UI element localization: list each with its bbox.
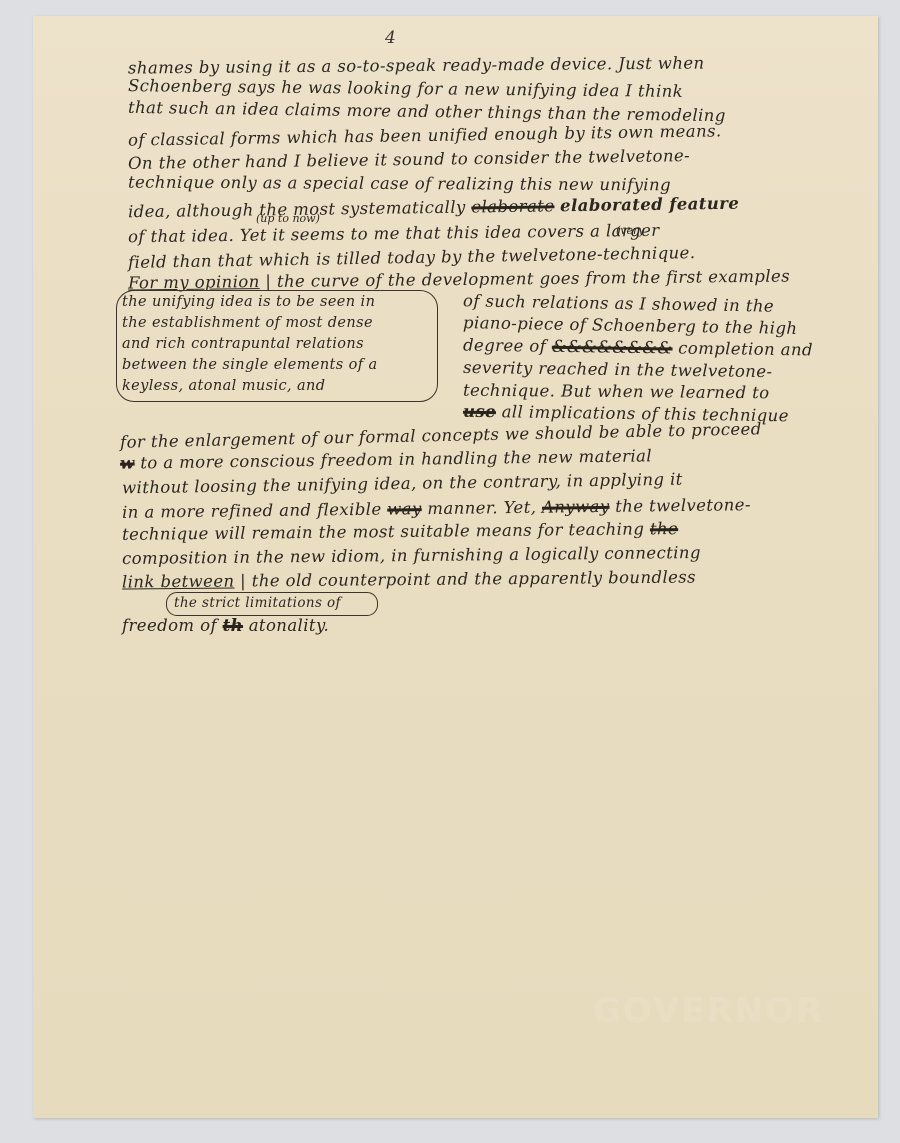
handwritten-text-body: shames by using it as a so-to-speak read… (128, 44, 878, 644)
text-line: link between | the old counterpoint and … (122, 567, 696, 591)
text-line: On the other hand I believe it sound to … (128, 146, 690, 173)
text-line: of classical forms which has been unifie… (128, 121, 722, 149)
struck-word: use (463, 402, 496, 421)
struck-word: w (120, 454, 135, 473)
insertion-up-to-now: (up to now) (256, 212, 320, 225)
faint-watermark: GOVERNOR (593, 991, 824, 1031)
text-line: in a more refined and flexible way manne… (122, 495, 751, 522)
text-line: that such an idea claims more and other … (128, 98, 726, 125)
struck-word: &&&&&&&& (552, 337, 673, 358)
struck-word: elaborate (471, 196, 554, 216)
underlined-phrase: link between (122, 572, 235, 592)
text-line: technique only as a special case of real… (128, 173, 671, 195)
struck-word: the (650, 519, 678, 538)
struck-word: Anyway (542, 497, 610, 517)
text-line: w to a more conscious freedom in handlin… (120, 446, 652, 472)
text-line: idea, although the most systematically e… (128, 194, 739, 222)
text-line: For my opinion | the curve of the develo… (128, 267, 790, 293)
text-line: technique will remain the most suitable … (122, 519, 678, 544)
struck-word: th (223, 616, 243, 635)
struck-word: way (387, 499, 422, 518)
text-line: for the enlargement of our formal concep… (120, 419, 762, 451)
text-line: shames by using it as a so-to-speak read… (128, 53, 705, 77)
text-line: Schoenberg says he was looking for a new… (128, 76, 683, 101)
text-line: without loosing the unifying idea, on th… (122, 470, 683, 498)
insertion-strict-limitations: the strict limitations of (174, 595, 341, 611)
text-line: freedom of th atonality. (122, 616, 329, 635)
manuscript-page: 4 shames by using it as a so-to-speak re… (33, 16, 878, 1118)
text-line: composition in the new idiom, in furnish… (122, 543, 701, 568)
text-line: of that idea. Yet it seems to me that th… (128, 221, 660, 246)
